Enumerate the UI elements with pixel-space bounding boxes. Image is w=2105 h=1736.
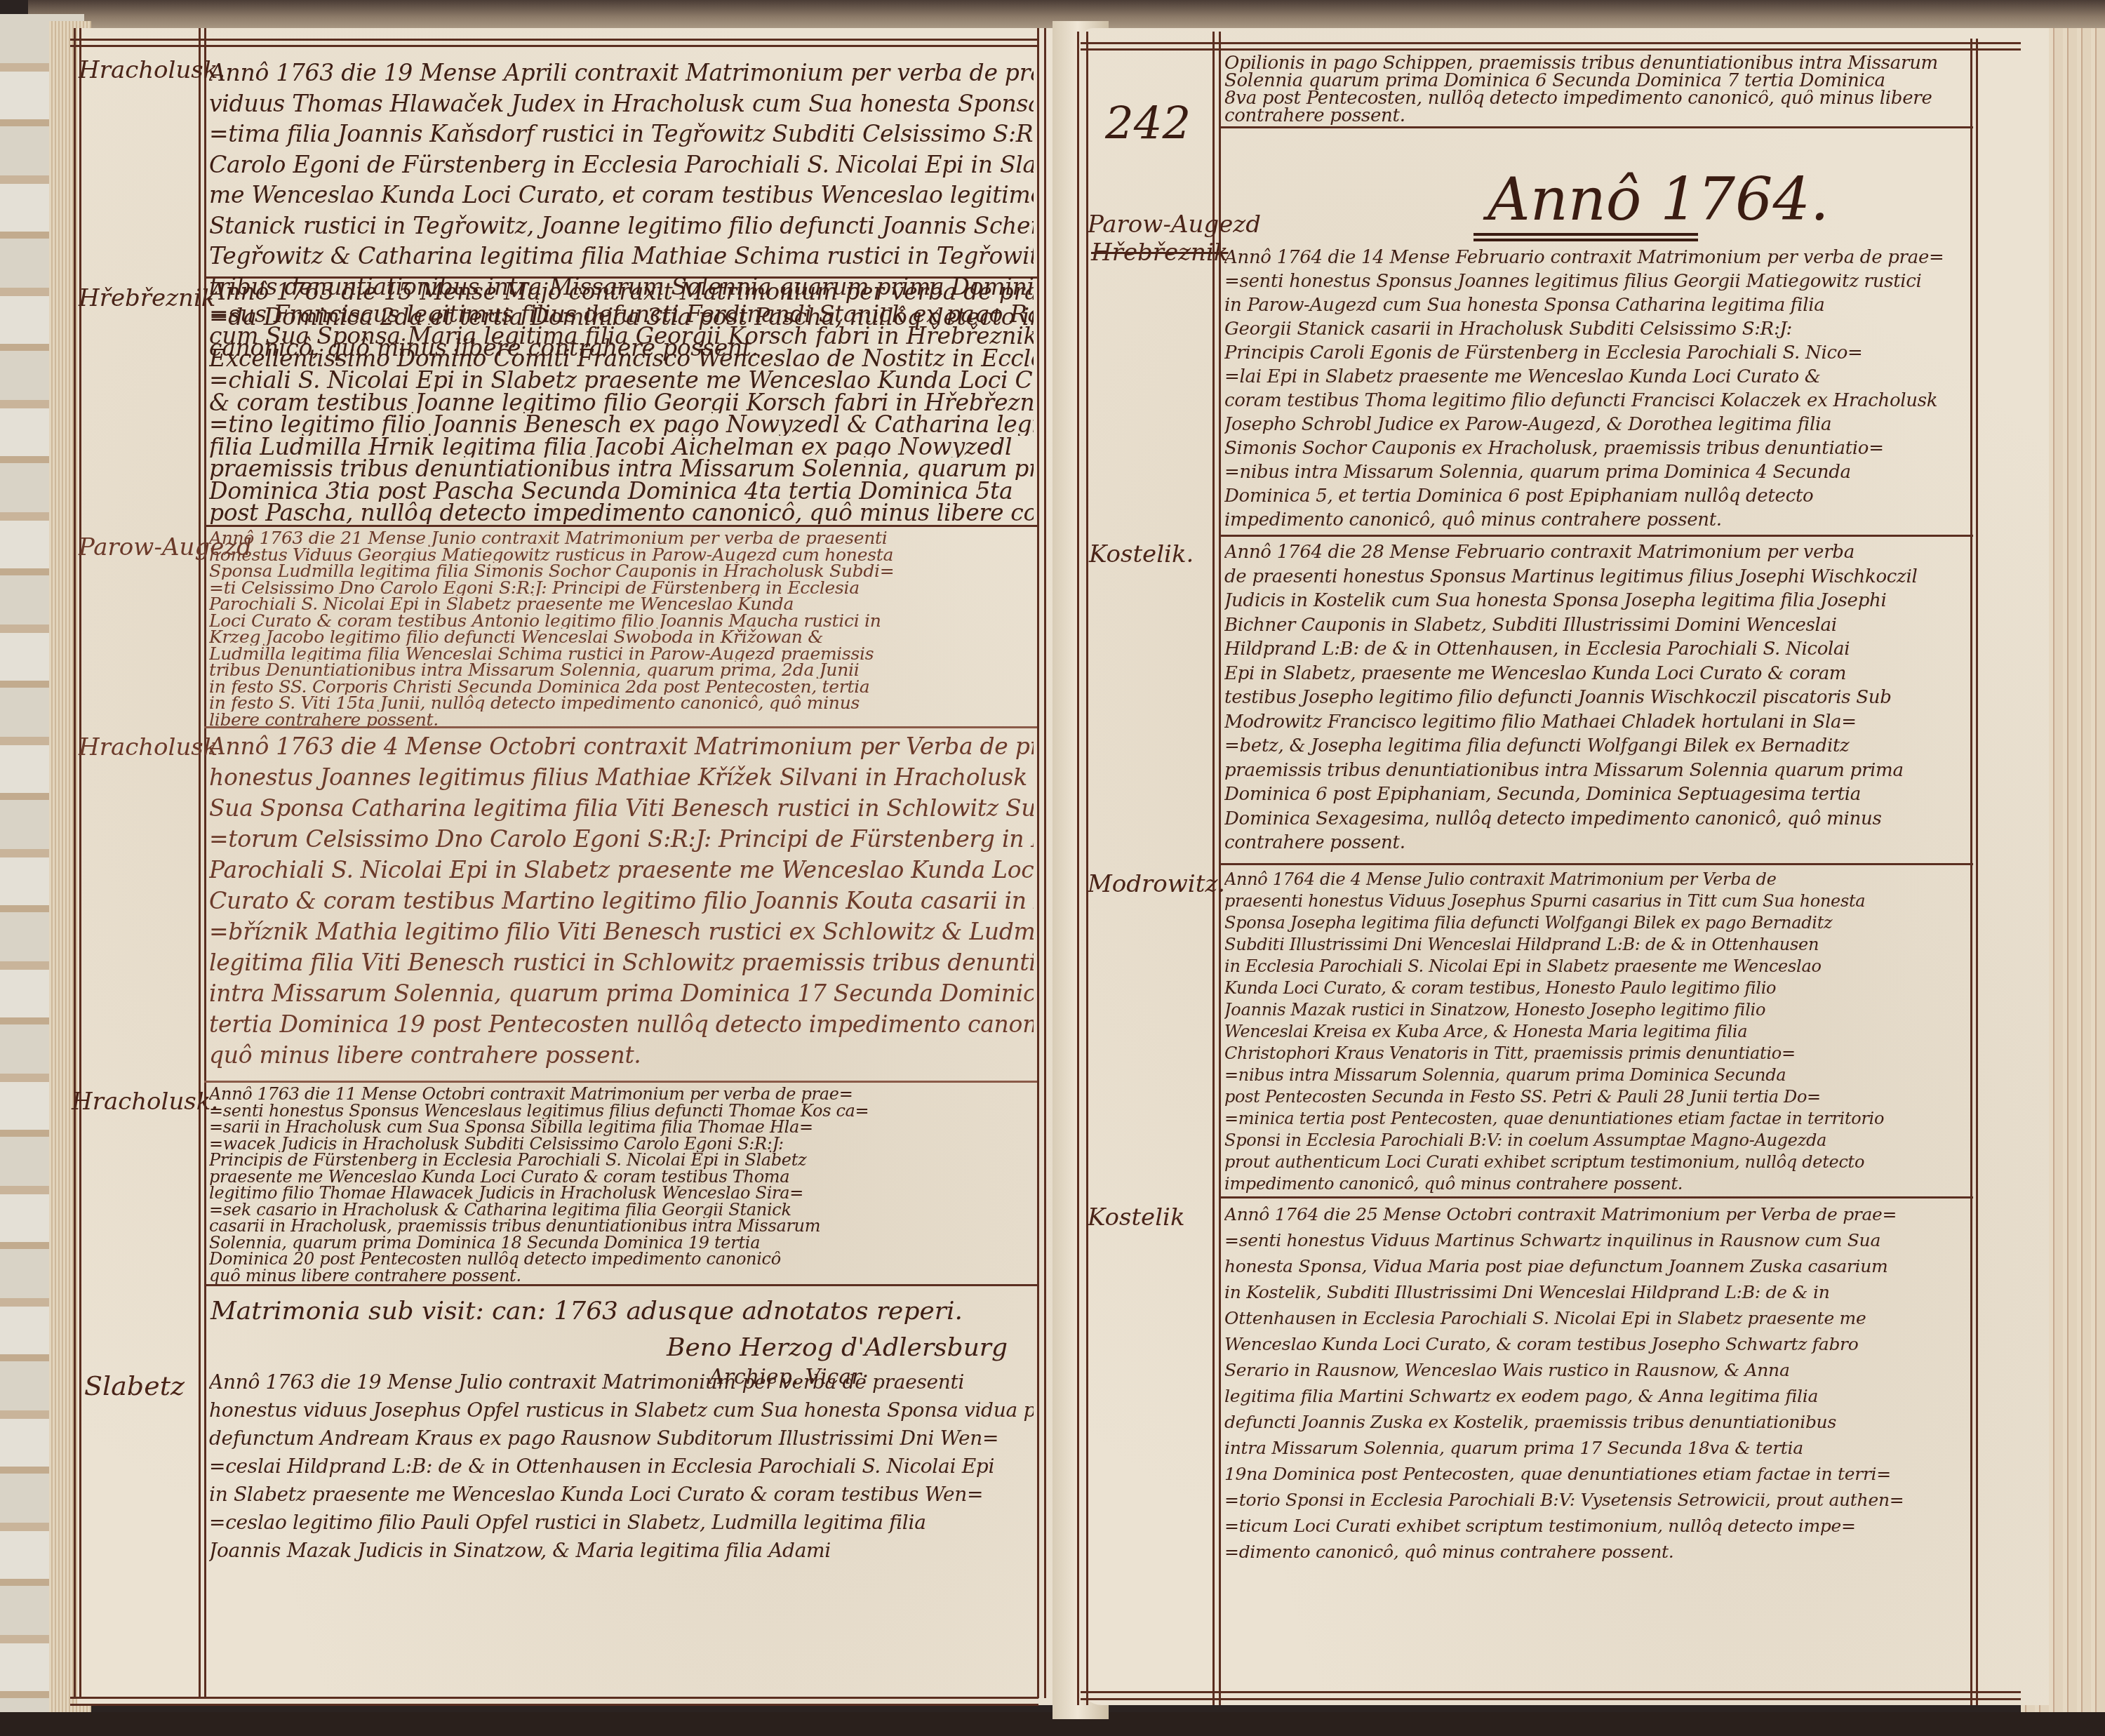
entry-line: Sua Sponsa Catharina legitima filia Viti… <box>209 793 1034 824</box>
entry-line: Annô 1763 die 19 Mense Julio contraxit M… <box>209 1368 1034 1396</box>
entry-line: in festo SS. Corporis Christi Secunda Do… <box>209 679 1034 695</box>
entry-line: intra Missarum Solennia, quarum prima 17… <box>1224 1435 1968 1461</box>
right-margin-rule-2 <box>1219 32 1221 1705</box>
entry-line: Epi in Slabetz, praesente me Wenceslao K… <box>1224 662 1968 686</box>
entry-line: =wacek Judicis in Hracholusk Subditi Cel… <box>209 1136 1034 1153</box>
entry-line: in Slabetz praesente me Wenceslao Kunda … <box>209 1481 1034 1509</box>
entry-line: honestus viduus Josephus Opfel rusticus … <box>209 1396 1034 1424</box>
entry-line: contrahere possent. <box>1224 831 1968 855</box>
entry-line: Sponsa Josepha legitima filia defuncti W… <box>1224 912 1968 934</box>
entry-line: Opilionis in pago Schippen, praemissis t… <box>1224 55 1968 72</box>
page-number: 242 <box>1105 98 1191 150</box>
register-entry: Annô 1763 die 4 Mense Octobri contraxit … <box>209 731 1034 1071</box>
entry-line: praemissis tribus denuntiationibus intra… <box>209 458 1034 480</box>
entry-line: Kunda Loci Curato, & coram testibus, Hon… <box>1224 977 1968 999</box>
right-outer-rule-2 <box>1086 32 1088 1705</box>
entry-line: =tima filia Joannis Kaňsdorf rustici in … <box>209 119 1034 149</box>
entry-line: in Kostelik, Subditi Illustrissimi Dni W… <box>1224 1279 1968 1305</box>
left-top-rule-1 <box>70 39 1038 41</box>
right-entry-divider-2 <box>1219 535 1973 537</box>
left-top-rule-2 <box>70 45 1038 47</box>
register-entry: Annô 1764 die 25 Mense Octobri contraxit… <box>1224 1201 1968 1565</box>
entry-line: honesta Sponsa, Vidua Maria post piae de… <box>1224 1253 1968 1279</box>
entry-line: 8va post Pentecosten, nullôq detecto imp… <box>1224 90 1968 107</box>
entry-line: =chiali S. Nicolai Epi in Slabetz praese… <box>209 369 1034 392</box>
entry-line: 19na Dominica post Pentecosten, quae den… <box>1224 1461 1968 1487</box>
entry-line: =torum Celsissimo Dno Carolo Egoni S:R:J… <box>209 824 1034 855</box>
left-entry-divider-4 <box>204 1081 1037 1083</box>
visitation-note: Matrimonia sub visit: can: 1763 adusque … <box>210 1297 963 1326</box>
register-entry: Annô 1763 die 19 Mense Julio contraxit M… <box>209 1368 1034 1565</box>
signature-name: Beno Herzog d'Adlersburg <box>667 1333 1008 1362</box>
entry-line: Wenceslai Kreisa ex Kuba Arce, & Honesta… <box>1224 1021 1968 1043</box>
entry-line: =sus Franciscus legitimus filius defunct… <box>209 303 1034 326</box>
entry-line: tribus Denuntiationibus intra Missarum S… <box>209 662 1034 679</box>
entry-line: Loci Curato & coram testibus Antonio leg… <box>209 613 1034 629</box>
entry-line: contrahere possent. <box>1224 107 1968 125</box>
entry-line: Subditi Illustrissimi Dni Wenceslai Hild… <box>1224 934 1968 956</box>
entry-line: honestus Joannes legitimus filius Mathia… <box>209 762 1034 793</box>
entry-line: Krzeg Jacobo legitimo filio defuncti Wen… <box>209 629 1034 646</box>
entry-line: prout authenticum Loci Curati exhibet sc… <box>1224 1151 1968 1173</box>
entry-line: =torio Sponsi in Ecclesia Parochiali B:V… <box>1224 1487 1968 1513</box>
entry-line: viduus Thomas Hlawaček Judex in Hracholu… <box>209 88 1034 119</box>
entry-line: Parochiali S. Nicolai Epi in Slabetz pra… <box>209 855 1034 886</box>
entry-line: =minica tertia post Pentecosten, quae de… <box>1224 1108 1968 1130</box>
entry-line: =nibus intra Missarum Solennia, quarum p… <box>1224 460 1968 484</box>
entry-line: Ottenhausen in Ecclesia Parochiali S. Ni… <box>1224 1305 1968 1331</box>
margin-place-name-struck: Hřebřeznik <box>1091 239 1228 267</box>
entry-line: honestus Viduus Georgius Matiegowitz rus… <box>209 547 1034 563</box>
entry-line: =bříznik Mathia legitimo filio Viti Bene… <box>209 916 1034 947</box>
margin-place-name: Hracholusk <box>79 733 218 761</box>
entry-line: Judicis in Kostelik cum Sua honesta Spon… <box>1224 589 1968 613</box>
entry-line: Annô 1763 die 4 Mense Octobri contraxit … <box>209 731 1034 762</box>
entry-line: =ticum Loci Curati exhibet scriptum test… <box>1224 1513 1968 1539</box>
entry-line: quô minus libere contrahere possent. <box>209 1268 1034 1285</box>
margin-place-name: Parow-Augezd <box>1088 211 1261 239</box>
margin-place-name: Slabetz <box>84 1372 185 1400</box>
entry-line: Principis de Fürstenberg in Ecclesia Par… <box>209 1152 1034 1169</box>
entry-line: =senti honestus Sponsus Joannes legitimu… <box>1224 269 1968 293</box>
margin-place-name: Modrowitz. <box>1088 870 1225 898</box>
entry-line: impedimento canonicô, quô minus contrahe… <box>1224 1173 1968 1195</box>
entry-line: Dominica 3tia post Pascha Secunda Domini… <box>209 480 1034 502</box>
year-heading-underline <box>1473 239 1698 241</box>
entry-line: =ti Celsissimo Dno Carolo Egoni S:R:J: P… <box>209 580 1034 596</box>
entry-line: Christophori Kraus Venatoris in Titt, pr… <box>1224 1043 1968 1064</box>
entry-line: Annô 1763 die 21 Mense Junio contraxit M… <box>209 530 1034 547</box>
right-entry-divider-1 <box>1219 126 1973 128</box>
margin-place-name: Hřebřeznik <box>79 284 215 312</box>
entry-line: filia Ludmilla Hrnik legitima filia Jaco… <box>209 436 1034 458</box>
register-entry: Annô 1763 die 11 Mense Octobri contraxit… <box>209 1086 1034 1284</box>
entry-line: Annô 1763 die 11 Mense Octobri contraxit… <box>209 1086 1034 1103</box>
left-margin-rule-2 <box>204 28 206 1698</box>
entry-line: =dimento canonicô, quô minus contrahere … <box>1224 1539 1968 1565</box>
left-bottom-rule-1 <box>70 1697 1038 1699</box>
entry-line: Solennia, quarum prima Dominica 18 Secun… <box>209 1235 1034 1252</box>
entry-line: testibus Josepho legitimo filio defuncti… <box>1224 686 1968 710</box>
right-margin-rule-1 <box>1212 32 1215 1705</box>
entry-line: Solennia quarum prima Dominica 6 Secunda… <box>1224 72 1968 90</box>
left-outer-rule-2 <box>79 28 81 1698</box>
entry-line: defuncti Joannis Zuska ex Kostelik, prae… <box>1224 1409 1968 1435</box>
entry-line: Annô 1764 die 25 Mense Octobri contraxit… <box>1224 1201 1968 1227</box>
entry-line: legitima filia Viti Benesch rustici in S… <box>209 947 1034 978</box>
register-entry: Annô 1763 die 15 Mense Majo contraxit Ma… <box>209 281 1034 524</box>
register-spread: Hracholusk. Annô 1763 die 19 Mense April… <box>0 0 2105 1736</box>
entry-line: Hildprand L:B: de & in Ottenhausen, in E… <box>1224 637 1968 662</box>
entry-line: =ceslai Hildprand L:B: de & in Ottenhaus… <box>209 1453 1034 1481</box>
entry-line: Simonis Sochor Cauponis ex Hracholusk, p… <box>1224 436 1968 460</box>
entry-line: =tino legitimo filio Joannis Benesch ex … <box>209 413 1034 436</box>
entry-line: Sponsa Ludmilla legitima filia Simonis S… <box>209 563 1034 580</box>
margin-place-name: Hracholusk. <box>79 56 225 84</box>
entry-line: Dominica 6 post Epiphaniam, Secunda, Dom… <box>1224 782 1968 807</box>
right-entry-divider-3 <box>1219 863 1973 865</box>
right-outer-rule-1 <box>1077 32 1079 1705</box>
entry-line: =senti honestus Viduus Martinus Schwartz… <box>1224 1227 1968 1253</box>
entry-line: Principis Caroli Egonis de Fürstenberg i… <box>1224 341 1968 365</box>
entry-line: Stanick rustici in Tegřowitz, Joanne leg… <box>209 211 1034 241</box>
entry-line: Wenceslao Kunda Loci Curato, & coram tes… <box>1224 1331 1968 1357</box>
margin-place-name: Kostelik <box>1088 1203 1185 1231</box>
right-entry-divider-4 <box>1219 1196 1973 1198</box>
entry-line: Curato & coram testibus Martino legitimo… <box>209 886 1034 916</box>
continuation-entry: Opilionis in pago Schippen, praemissis t… <box>1224 55 1968 125</box>
entry-line: =senti honestus Sponsus Wenceslaus legit… <box>209 1103 1034 1120</box>
entry-line: praesente me Wenceslao Kunda Loci Curato… <box>209 1169 1034 1186</box>
entry-line: cum Sua Sponsa Maria legitima filia Geor… <box>209 325 1034 347</box>
entry-line: coram testibus Thoma legitimo filio defu… <box>1224 389 1968 413</box>
margin-place-name: Hracholusk. <box>72 1088 218 1116</box>
left-entry-divider-2 <box>204 525 1037 527</box>
entry-line: Joannis Mazak rustici in Sinatzow, Hones… <box>1224 999 1968 1021</box>
entry-line: Annô 1764 die 4 Mense Julio contraxit Ma… <box>1224 869 1968 890</box>
entry-line: Joannis Mazak Judicis in Sinatzow, & Mar… <box>209 1537 1034 1565</box>
entry-line: quô minus libere contrahere possent. <box>209 1040 1034 1071</box>
left-bottom-rule-2 <box>70 1704 1038 1706</box>
entry-line: Dominica 5, et tertia Dominica 6 post Ep… <box>1224 484 1968 508</box>
entry-line: post Pascha, nullôq detecto impedimento … <box>209 502 1034 524</box>
entry-line: =ceslao legitimo filio Pauli Opfel rusti… <box>209 1509 1034 1537</box>
entry-line: Georgii Stanick casarii in Hracholusk Su… <box>1224 317 1968 341</box>
margin-place-name: Kostelik. <box>1089 540 1194 568</box>
entry-line: Dominica 20 post Pentecosten nullôq dete… <box>209 1251 1034 1268</box>
entry-line: tertia Dominica 19 post Pentecosten null… <box>209 1009 1034 1040</box>
entry-line: Josepho Schrobl Judice ex Parow-Augezd, … <box>1224 413 1968 436</box>
entry-line: =betz, & Josepha legitima filia defuncti… <box>1224 734 1968 759</box>
entry-line: Serario in Rausnow, Wenceslao Wais rusti… <box>1224 1357 1968 1383</box>
register-entry: Annô 1764 die 4 Mense Julio contraxit Ma… <box>1224 869 1968 1195</box>
right-bottom-rule-2 <box>1081 1698 2021 1700</box>
right-bottom-rule-1 <box>1081 1691 2021 1693</box>
entry-line: Sponsi in Ecclesia Parochiali B:V: in co… <box>1224 1130 1968 1151</box>
right-inner-rule-1 <box>1970 39 1972 1705</box>
entry-line: =lai Epi in Slabetz praesente me Wencesl… <box>1224 365 1968 389</box>
right-top-rule-1 <box>1081 42 2021 44</box>
entry-line: Annô 1764 die 28 Mense Februario contrax… <box>1224 540 1968 565</box>
left-inner-rule-1 <box>1037 28 1039 1698</box>
entry-line: Parochiali S. Nicolai Epi in Slabetz pra… <box>209 596 1034 613</box>
entry-line: Annô 1763 die 15 Mense Majo contraxit Ma… <box>209 281 1034 303</box>
left-entry-divider-5 <box>204 1284 1037 1286</box>
entry-line: defunctum Andream Kraus ex pago Rausnow … <box>209 1424 1034 1453</box>
entry-line: in Ecclesia Parochiali S. Nicolai Epi in… <box>1224 956 1968 977</box>
entry-line: praesenti honestus Viduus Josephus Spurn… <box>1224 890 1968 912</box>
entry-line: legitimo filio Thomae Hlawacek Judicis i… <box>209 1185 1034 1202</box>
entry-line: me Wenceslao Kunda Loci Curato, et coram… <box>209 180 1034 211</box>
right-top-rule-2 <box>1081 48 2021 51</box>
year-heading-underline <box>1473 233 1698 236</box>
year-heading: Annô 1764. <box>1488 165 1829 234</box>
entry-line: praemissis tribus denuntiationibus intra… <box>1224 759 1968 783</box>
entry-line: Excellentissimo Domino Comiti Francisco … <box>209 347 1034 370</box>
entry-line: Dominica Sexagesima, nullôq detecto impe… <box>1224 807 1968 832</box>
entry-line: intra Missarum Solennia, quarum prima Do… <box>209 978 1034 1009</box>
entry-line: post Pentecosten Secunda in Festo SS. Pe… <box>1224 1086 1968 1108</box>
entry-line: in festo S. Viti 15ta Junii, nullôq dete… <box>209 695 1034 712</box>
entry-line: & coram testibus Joanne legitimo filio G… <box>209 392 1034 414</box>
entry-line: impedimento canonicô, quô minus contrahe… <box>1224 508 1968 532</box>
left-margin-rule-1 <box>199 28 201 1698</box>
entry-line: Tegřowitz & Catharina legitima filia Mat… <box>209 241 1034 272</box>
entry-line: casarii in Hracholusk, praemissis tribus… <box>209 1218 1034 1235</box>
entry-line: Annô 1763 die 19 Mense Aprili contraxit … <box>209 58 1034 88</box>
entry-line: in Parow-Augezd cum Sua honesta Sponsa C… <box>1224 293 1968 317</box>
entry-line: Modrowitz Francisco legitimo filio Matha… <box>1224 710 1968 735</box>
entry-line: =sek casario in Hracholusk & Catharina l… <box>209 1202 1034 1219</box>
entry-line: libere contrahere possent. <box>209 712 1034 728</box>
entry-line: =sarii in Hracholusk cum Sua Sponsa Sibi… <box>209 1119 1034 1136</box>
entry-line: Bichner Cauponis in Slabetz, Subditi Ill… <box>1224 613 1968 638</box>
left-outer-rule-1 <box>74 28 76 1698</box>
register-entry: Annô 1764 die 28 Mense Februario contrax… <box>1224 540 1968 855</box>
entry-line: de praesenti honestus Sponsus Martinus l… <box>1224 565 1968 589</box>
entry-line: Ludmilla legitima filia Wenceslai Schima… <box>209 646 1034 662</box>
entry-line: Carolo Egoni de Fürstenberg in Ecclesia … <box>209 149 1034 180</box>
entry-line: Annô 1764 die 14 Mense Februario contrax… <box>1224 246 1968 269</box>
register-entry: Annô 1763 die 21 Mense Junio contraxit M… <box>209 530 1034 728</box>
right-inner-rule-2 <box>1976 39 1978 1705</box>
entry-line: legitima filia Martini Schwartz ex eodem… <box>1224 1383 1968 1409</box>
left-inner-rule-2 <box>1044 28 1046 1698</box>
register-entry: Annô 1764 die 14 Mense Februario contrax… <box>1224 246 1968 532</box>
entry-line: =nibus intra Missarum Solennia, quarum p… <box>1224 1064 1968 1086</box>
